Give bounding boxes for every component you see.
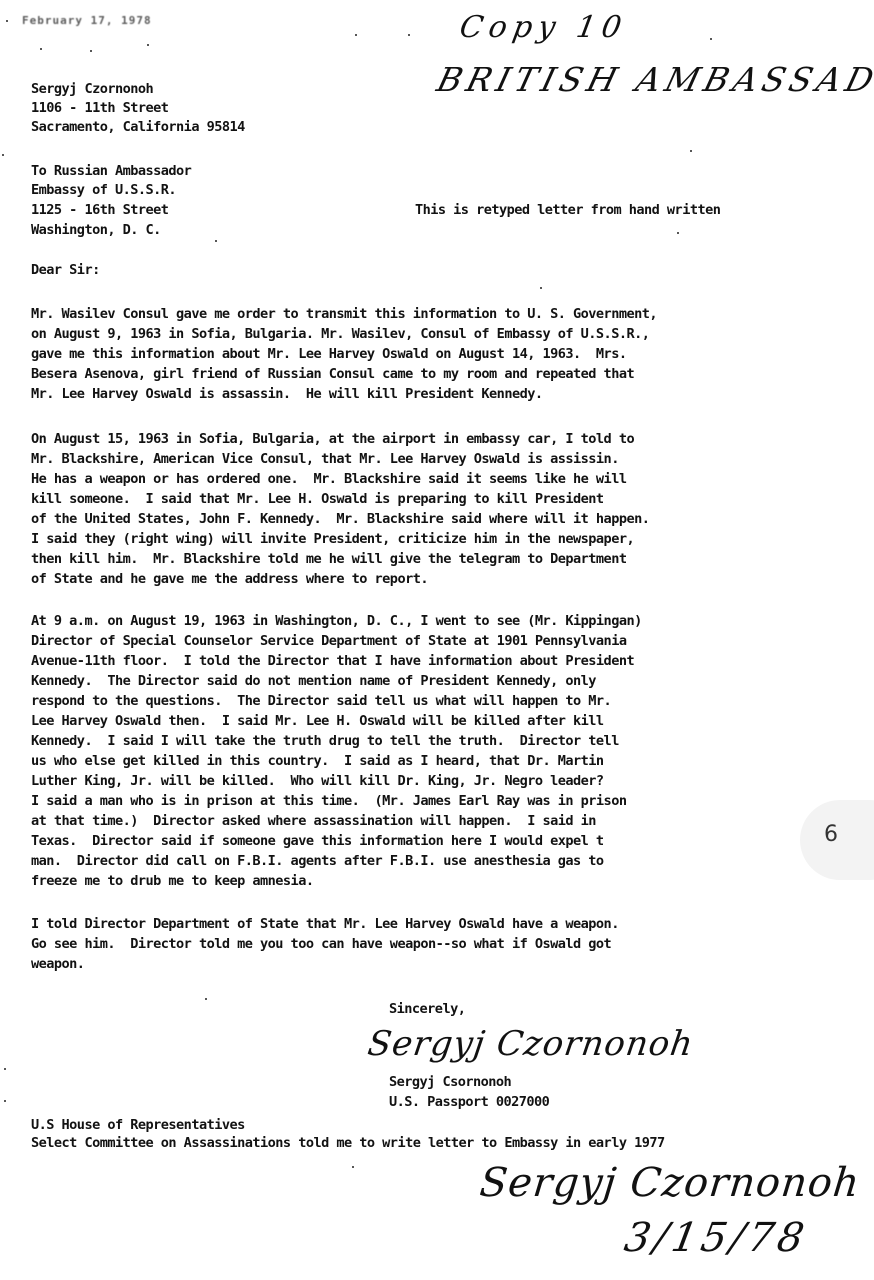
paragraph-line: I told Director Department of State that… [31,915,619,933]
paragraph-line: of the United States, John F. Kennedy. M… [31,510,649,528]
paragraph-line: kill someone. I said that Mr. Lee H. Osw… [31,490,604,508]
paragraph-line: I said they (right wing) will invite Pre… [31,530,634,548]
paragraph-line: Luther King, Jr. will be killed. Who wil… [31,772,604,790]
paragraph-line: Avenue-11th floor. I told the Director t… [31,652,634,670]
recipient-line3: 1125 - 16th Street [31,201,168,219]
retyped-note: This is retyped letter from hand written [415,201,720,219]
recipient-line4: Washington, D. C. [31,221,161,239]
handwritten-footer-signature: Sergyj Czornonoh [478,1160,863,1206]
sender-address-line2: Sacramento, California 95814 [31,118,245,136]
paragraph-line: freeze me to drub me to keep amnesia. [31,872,313,890]
paragraph-line: Besera Asenova, girl friend of Russian C… [31,365,634,383]
sender-name: Sergyj Czornonoh [31,80,153,98]
paragraph-line: On August 15, 1963 in Sofia, Bulgaria, a… [31,430,634,448]
closing-sincerely: Sincerely, [389,1000,465,1018]
passport-number: U.S. Passport 0027000 [389,1093,549,1111]
paragraph-line: He has a weapon or has ordered one. Mr. … [31,470,626,488]
paragraph-line: I said a man who is in prison at this ti… [31,792,626,810]
letter-date: February 17, 1978 [22,14,152,27]
paragraph-line: then kill him. Mr. Blackshire told me he… [31,550,626,568]
sender-address-line1: 1106 - 11th Street [31,99,168,117]
footer-line2: Select Committee on Assassinations told … [31,1134,665,1152]
typed-signer-name: Sergyj Csornonoh [389,1073,511,1091]
paragraph-line: Mr. Blackshire, American Vice Consul, th… [31,450,619,468]
paragraph-line: respond to the questions. The Director s… [31,692,611,710]
paragraph-line: Texas. Director said if someone gave thi… [31,832,604,850]
paragraph-line: Kennedy. I said I will take the truth dr… [31,732,619,750]
paragraph-line: weapon. [31,955,84,973]
paragraph-line: Director of Special Counselor Service De… [31,632,626,650]
recipient-line1: To Russian Ambassador [31,162,191,180]
handwritten-signature: Sergyj Czornonoh [365,1024,696,1064]
paragraph-line: on August 9, 1963 in Sofia, Bulgaria. Mr… [31,325,649,343]
recipient-line2: Embassy of U.S.S.R. [31,181,176,199]
paragraph-line: Go see him. Director told me you too can… [31,935,611,953]
paragraph-line: Mr. Wasilev Consul gave me order to tran… [31,305,657,323]
paragraph-line: At 9 a.m. on August 19, 1963 in Washingt… [31,612,642,630]
paragraph-line: gave me this information about Mr. Lee H… [31,345,626,363]
paragraph-line: Lee Harvey Oswald then. I said Mr. Lee H… [31,712,604,730]
paragraph-line: us who else get killed in this country. … [31,752,604,770]
paragraph-line: at that time.) Director asked where assa… [31,812,596,830]
salutation: Dear Sir: [31,261,100,279]
paragraph-line: Mr. Lee Harvey Oswald is assassin. He wi… [31,385,543,403]
paragraph-line: of State and he gave me the address wher… [31,570,428,588]
paragraph-line: Kennedy. The Director said do not mentio… [31,672,596,690]
handwritten-recipient-note: BRITISH AMBASSADOR [433,60,874,99]
handwritten-date: 3/15/78 [621,1215,811,1261]
handwritten-copy-number: Copy 10 [457,10,630,45]
page-number: 6 [824,822,838,847]
footer-line1: U.S House of Representatives [31,1116,245,1134]
paragraph-line: man. Director did call on F.B.I. agents … [31,852,604,870]
